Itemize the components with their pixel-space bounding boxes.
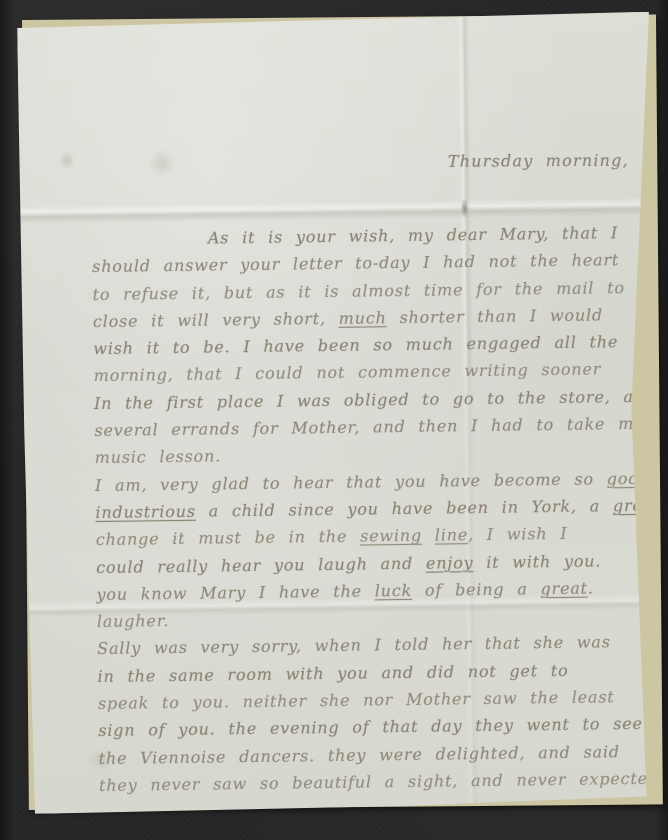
- letter-text-segment: to refuse it, but as it is almost time f…: [92, 278, 624, 304]
- letter-text-segment: a child since you have been in York, a: [196, 496, 613, 520]
- underlined-word: sewing: [360, 526, 422, 546]
- letter-text-segment: they never saw so beautiful a sight, and…: [99, 768, 668, 795]
- letter-body: As it is your wish, my dear Mary, that I…: [92, 219, 649, 799]
- letter-text-segment: should answer your letter to-day I had n…: [92, 250, 619, 276]
- letter-line: they never saw so beautiful a sight, and…: [99, 765, 649, 799]
- letter-text-segment: As it is your wish, my dear Mary, that I: [208, 223, 618, 247]
- underlined-word: luck: [375, 581, 413, 600]
- letter-text-segment: close it will very short,: [93, 309, 339, 331]
- underlined-word: much: [339, 308, 387, 328]
- letter-text-segment: laugher.: [97, 611, 170, 631]
- letter-text-segment: speak to you. neither she nor Mother saw…: [98, 687, 615, 713]
- letter-text-segment: the Viennoise dancers. they were delight…: [99, 742, 620, 768]
- letter-paper: Thursday morning, As it is your wish, my…: [17, 12, 659, 814]
- underlined-word: line: [435, 525, 468, 544]
- letter-text-segment: , I wish I: [468, 524, 568, 544]
- letter-text-segment: it with you.: [473, 551, 601, 572]
- letter-text-segment: you know Mary I have the: [96, 581, 375, 604]
- paper-stain: [59, 151, 75, 169]
- letter-text-segment: several errands for Mother, and then I h…: [94, 414, 644, 440]
- letter-text-segment: .: [588, 578, 594, 597]
- letter-text-segment: [422, 526, 435, 545]
- paper-stain: [149, 148, 175, 178]
- letter-text-segment: shorter than I would: [386, 305, 603, 327]
- letter-text-segment: wish it to be. I have been so much engag…: [93, 332, 618, 358]
- fold-crease-nick: [460, 198, 468, 218]
- letter-dateline: Thursday morning,: [448, 151, 629, 171]
- underlined-word: enjoy: [426, 553, 474, 573]
- scan-edge-shadow-left: [0, 0, 14, 840]
- underlined-word: industrious: [95, 502, 196, 522]
- letter-text-segment: music lesson.: [95, 447, 222, 468]
- letter-text-segment: in the same room with you and did not ge…: [97, 661, 568, 686]
- letter-text-segment: of being a: [412, 579, 541, 600]
- letter-text-segment: sign of you. the evening of that day the…: [98, 714, 643, 740]
- underlined-word: great: [540, 578, 588, 598]
- letter-text-segment: could really hear you laugh and: [96, 553, 426, 576]
- letter-text-segment: change it must be in the: [96, 527, 361, 549]
- letter-text-segment: In the first place I was obliged to go t…: [94, 386, 656, 412]
- letter-text-segment: Sally was very sorry, when I told her th…: [97, 633, 611, 659]
- letter-text-segment: morning, that I could not commence writi…: [94, 360, 602, 386]
- letter-text-segment: I am, very glad to hear that you have be…: [95, 469, 607, 495]
